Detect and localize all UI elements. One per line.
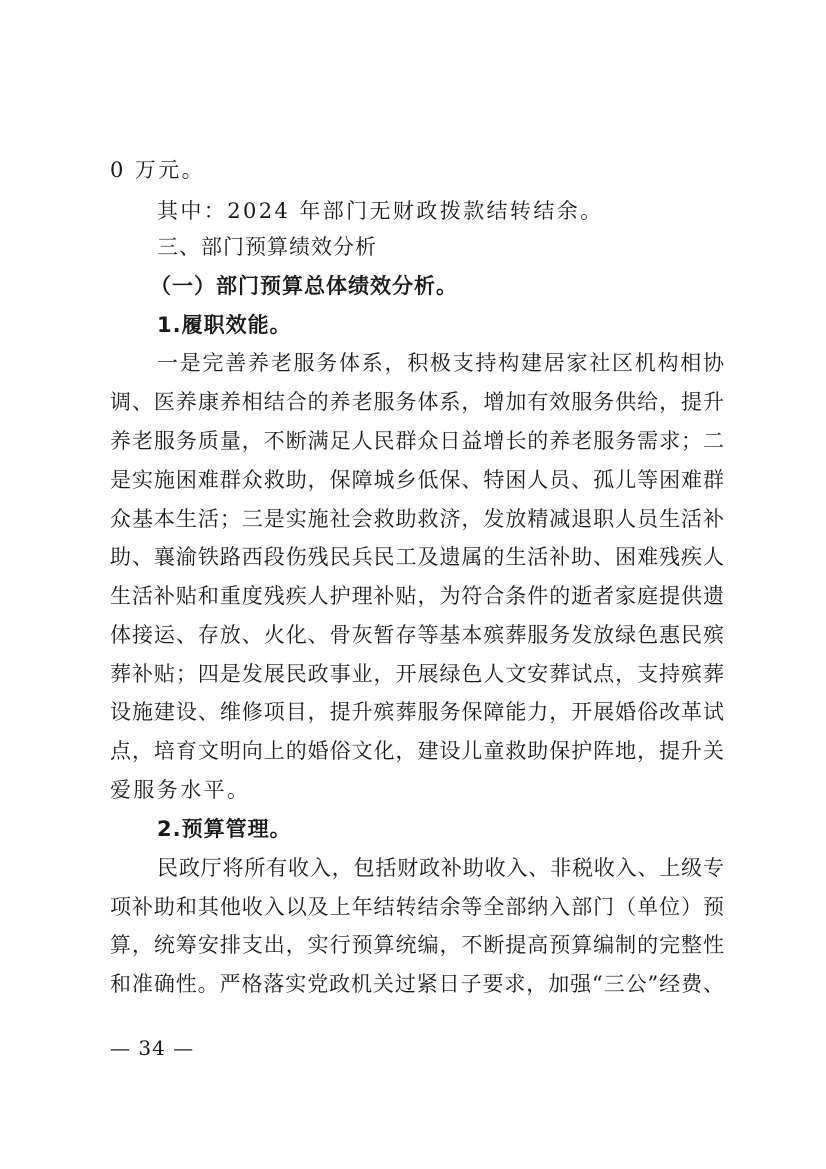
paragraph-line: 众基本生活；三是实施社会救助救济，发放精减退职人员生活补	[110, 500, 724, 538]
paragraph-line: 项补助和其他收入以及上年结转结余等全部纳入部门（单位）预	[110, 888, 724, 926]
section-heading-3: 三、部门预算绩效分析	[157, 228, 724, 266]
item-heading-budget-management: 2.预算管理。	[157, 810, 724, 848]
paragraph-line: 助、襄渝铁路西段伤残民兵民工及遗属的生活补助、困难残疾人	[110, 538, 724, 576]
paragraph-line: 算，统筹安排支出，实行预算统编，不断提高预算编制的完整性	[110, 926, 724, 964]
page-number: — 34 —	[110, 1034, 194, 1062]
paragraph-line: 爱服务水平。	[110, 771, 724, 809]
text-line-carryover-note: 其中：2024 年部门无财政拨款结转结余。	[157, 192, 724, 230]
text-line-carryover: 0 万元。	[110, 151, 724, 189]
paragraph-line: 是实施困难群众救助，保障城乡低保、特困人员、孤儿等困难群	[110, 461, 724, 499]
subsection-heading-1: （一）部门预算总体绩效分析。	[150, 267, 717, 305]
paragraph-line: 和准确性。严格落实党政机关过紧日子要求，加强“三公”经费、	[110, 965, 724, 1003]
paragraph-line: 调、医养康养相结合的养老服务体系，增加有效服务供给，提升	[110, 383, 724, 421]
paragraph-line: 点，培育文明向上的婚俗文化，建设儿童救助保护阵地，提升关	[110, 732, 724, 770]
paragraph-line: 养老服务质量，不断满足人民群众日益增长的养老服务需求；二	[110, 422, 724, 460]
paragraph-line: 设施建设、维修项目，提升殡葬服务保障能力，开展婚俗改革试	[110, 693, 724, 731]
paragraph-line: 民政厅将所有收入，包括财政补助收入、非税收入、上级专	[157, 849, 724, 887]
item-heading-performance: 1.履职效能。	[157, 306, 724, 344]
document-page: 0 万元。 其中：2024 年部门无财政拨款结转结余。 三、部门预算绩效分析 （…	[0, 0, 826, 1169]
paragraph-line: 体接运、存放、火化、骨灰暂存等基本殡葬服务发放绿色惠民殡	[110, 616, 724, 654]
paragraph-line: 一是完善养老服务体系，积极支持构建居家社区机构相协	[157, 344, 724, 382]
paragraph-line: 葬补贴；四是发展民政事业，开展绿色人文安葬试点，支持殡葬	[110, 655, 724, 693]
paragraph-line: 生活补贴和重度残疾人护理补贴，为符合条件的逝者家庭提供遗	[110, 577, 724, 615]
